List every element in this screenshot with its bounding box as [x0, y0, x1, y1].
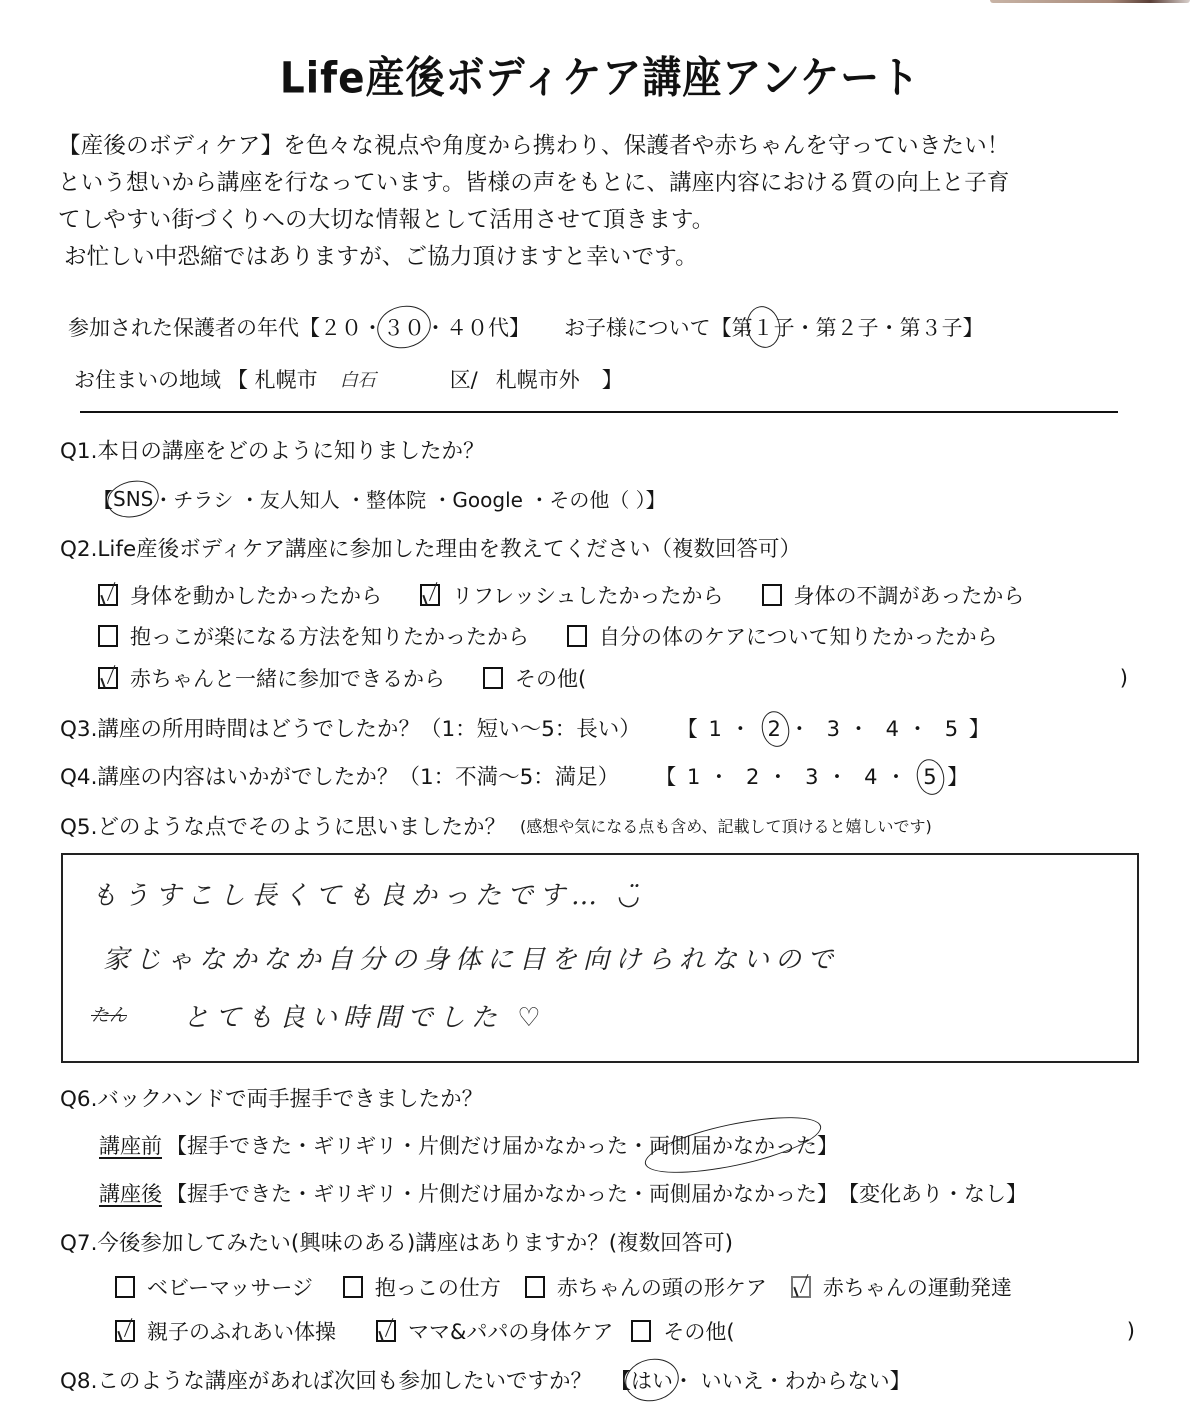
- q2-option-6-label: 赤ちゃんと一緒に参加できるから: [130, 663, 445, 693]
- q2-options-row-2: 抱っこが楽になる方法を知りたかったから 自分の体のケアについて知りたかったから: [98, 621, 1036, 651]
- sep: ・: [292, 1130, 313, 1160]
- q6-after-option-1[interactable]: 握手できた: [187, 1178, 292, 1208]
- q3-close: 】: [969, 717, 992, 741]
- q3-option-5[interactable]: 5: [945, 717, 960, 741]
- child-label: お子様について: [564, 312, 711, 342]
- q5-note: (感想や気になる点も含め、記載して頂けると嬉しいです): [520, 814, 932, 837]
- q4-row: Q4.講座の内容はいかがでしたか？（1：不満〜5：満足） 【 1・ 2・ 3・ …: [60, 760, 970, 791]
- q3-option-2-selected[interactable]: 2: [768, 717, 783, 741]
- q5-label: Q5.どのような点でそのように思いましたか？: [60, 810, 506, 841]
- sep: ・: [826, 765, 849, 789]
- q7-option-4-label: 赤ちゃんの運動発達: [823, 1272, 1012, 1302]
- q7-question: Q7.今後参加してみたい(興味のある)講座はありますか？(複数回答可): [60, 1226, 733, 1257]
- q2-options-row-1: 身体を動かしたかったから リフレッシュしたかったから 身体の不調があったから: [98, 580, 1062, 610]
- intro-line-1: 【産後のボディケア】を色々な視点や角度から携わり、保護者や赤ちゃんを守っていきた…: [58, 128, 1158, 165]
- checkbox-unchecked[interactable]: [762, 584, 782, 606]
- q6-before-row: 講座前 【 握手できた ・ ギリギリ ・ 片側だけ届かなかった ・ 両側届かなか…: [99, 1130, 838, 1160]
- q6-after-close: 】: [817, 1178, 838, 1208]
- q2-question: Q2.Life産後ボディケア講座に参加した理由を教えてください（複数回答可）: [60, 532, 801, 563]
- sep: ・: [628, 1178, 649, 1208]
- q3-option-1[interactable]: 1: [708, 717, 723, 741]
- q8-label: Q8.このような講座があれば次回も参加したいですか？: [60, 1364, 592, 1395]
- age-option-selected[interactable]: ３０: [383, 312, 425, 342]
- q2-option-1[interactable]: 身体を動かしたかったから: [98, 580, 382, 610]
- q7-option-3[interactable]: 赤ちゃんの頭の形ケア: [525, 1272, 767, 1302]
- q5-answer-line-1: もうすこし長くても良かったです… ◡̈: [91, 875, 646, 912]
- q3-label: Q3.講座の所用時間はどうでしたか？（1：短い〜5：長い）: [60, 712, 641, 743]
- sep: ・: [397, 1130, 418, 1160]
- q5-answer-box[interactable]: もうすこし長くても良かったです… ◡̈ 家じゃなかなか自分の身体に目を向けられな…: [61, 853, 1139, 1063]
- sep: ・: [292, 1178, 313, 1208]
- checkbox-unchecked[interactable]: [631, 1320, 651, 1342]
- q7-option-6-label: ママ&パパの身体ケア: [408, 1316, 613, 1346]
- checkbox-checked[interactable]: [98, 667, 118, 689]
- q2-option-6[interactable]: 赤ちゃんと一緒に参加できるから: [98, 663, 445, 693]
- q6-before-open: 【: [166, 1130, 187, 1160]
- q7-option-1[interactable]: ベビーマッサージ: [115, 1272, 313, 1302]
- q7-options-row-2: 親子のふれあい体操 ママ&パパの身体ケア その他( ): [115, 1316, 1135, 1346]
- q2-options-row-3: 赤ちゃんと一緒に参加できるから その他( ): [98, 663, 1128, 693]
- checkbox-unchecked[interactable]: [525, 1276, 545, 1298]
- q4-option-5-selected[interactable]: 5: [923, 765, 938, 789]
- q3-option-3[interactable]: 3: [827, 717, 842, 741]
- age-close: ・４０代】: [425, 312, 530, 342]
- q1-option-rest: ・チラシ ・友人知人 ・整体院 ・Google ・その他（ ）】: [153, 484, 665, 513]
- checkbox-checked[interactable]: [376, 1320, 396, 1342]
- q7-option-6[interactable]: ママ&パパの身体ケア: [376, 1316, 613, 1346]
- q4-option-1[interactable]: 1: [687, 765, 702, 789]
- sep: ・: [886, 765, 909, 789]
- child-rest: 子・第２子・第３子】: [774, 312, 984, 342]
- q1-question: Q1.本日の講座をどのように知りましたか？: [60, 434, 484, 465]
- q2-option-other[interactable]: その他(: [483, 663, 586, 693]
- q3-row: Q3.講座の所用時間はどうでしたか？（1：短い〜5：長い） 【 1・ 2・ 3・…: [60, 712, 992, 743]
- intro-line-2: という想いから講座を行なっています。皆様の声をもとに、講座内容における質の向上と…: [58, 165, 1158, 202]
- q6-before-option-1[interactable]: 握手できた: [187, 1130, 292, 1160]
- q8-option-yes-selected[interactable]: はい: [631, 1365, 673, 1395]
- q4-close: 】: [947, 765, 970, 789]
- age-label: 参加された保護者の年代: [68, 312, 299, 342]
- q8-row: Q8.このような講座があれば次回も参加したいですか？ 【 はい ・ いいえ・わか…: [60, 1364, 911, 1395]
- area-ward-handwritten[interactable]: 白石: [340, 366, 450, 392]
- q7-option-other-label: その他(: [663, 1316, 734, 1346]
- q3-open: 【: [677, 717, 700, 741]
- q3-option-4[interactable]: 4: [886, 717, 901, 741]
- q7-option-2[interactable]: 抱っこの仕方: [343, 1272, 501, 1302]
- q7-option-3-label: 赤ちゃんの頭の形ケア: [557, 1272, 767, 1302]
- checkbox-unchecked[interactable]: [343, 1276, 363, 1298]
- checkbox-checked[interactable]: [98, 584, 118, 606]
- sep: ・: [397, 1178, 418, 1208]
- intro-text: 【産後のボディケア】を色々な視点や角度から携わり、保護者や赤ちゃんを守っていきた…: [58, 128, 1158, 276]
- age-open: 【２０・: [299, 312, 383, 342]
- q7-option-2-label: 抱っこの仕方: [375, 1272, 501, 1302]
- q2-option-3-label: 身体の不調があったから: [794, 580, 1025, 610]
- profile-age-row: 参加された保護者の年代 【２０・ ３０ ・４０代】 お子様について 【第 １ 子…: [68, 312, 984, 342]
- checkbox-checked[interactable]: [420, 584, 440, 606]
- q2-option-1-label: 身体を動かしたかったから: [130, 580, 382, 610]
- q6-before-option-2[interactable]: ギリギリ: [313, 1130, 397, 1160]
- q4-label: Q4.講座の内容はいかがでしたか？（1：不満〜5：満足）: [60, 760, 619, 791]
- q5-answer-line-3: とても良い時間でした ♡: [183, 997, 547, 1034]
- q2-option-3[interactable]: 身体の不調があったから: [762, 580, 1025, 610]
- q4-scale: 【 1・ 2・ 3・ 4・ 5 】: [655, 761, 970, 791]
- q6-before-option-3[interactable]: 片側だけ届かなかった: [418, 1130, 628, 1160]
- q4-option-2[interactable]: 2: [746, 765, 761, 789]
- q6-after-open: 【: [166, 1178, 187, 1208]
- q5-answer-strikeout: たん: [91, 1001, 127, 1027]
- q7-label: Q7.今後参加してみたい(興味のある)講座はありますか？(複数回答可): [60, 1226, 733, 1257]
- intro-line-4: お忙しい中恐縮ではありますが、ご協力頂けますと幸いです。: [58, 239, 1158, 276]
- q6-before-label: 講座前: [99, 1130, 162, 1160]
- q5-row: Q5.どのような点でそのように思いましたか？ (感想や気になる点も含め、記載して…: [60, 810, 932, 841]
- q2-option-5[interactable]: 自分の体のケアについて知りたかったから: [567, 621, 998, 651]
- area-outside: 札幌市外: [496, 364, 580, 394]
- q6-before-close: 】: [817, 1130, 838, 1160]
- q4-open: 【: [655, 765, 678, 789]
- sep: ・: [708, 765, 731, 789]
- area-close: 】: [602, 364, 623, 394]
- sep: ・: [628, 1130, 649, 1160]
- photo-edge-strip: [990, 0, 1190, 3]
- sep: ・: [907, 717, 930, 741]
- q6-question: Q6.バックハンドで両手握手できましたか？: [60, 1082, 483, 1113]
- q7-other-close: ): [1127, 1319, 1135, 1343]
- sep: ・: [730, 717, 753, 741]
- checkbox-unchecked[interactable]: [115, 1276, 135, 1298]
- q4-option-3[interactable]: 3: [805, 765, 820, 789]
- q6-change-options[interactable]: 【変化あり・なし】: [838, 1178, 1027, 1208]
- checkbox-checked[interactable]: [791, 1276, 811, 1298]
- checkbox-unchecked[interactable]: [98, 625, 118, 647]
- q6-after-option-3[interactable]: 片側だけ届かなかった: [418, 1178, 628, 1208]
- q1-option-selected[interactable]: SNS: [113, 487, 153, 511]
- q2-option-4[interactable]: 抱っこが楽になる方法を知りたかったから: [98, 621, 529, 651]
- q6-before-option-4-selected[interactable]: 両側届かなかった: [649, 1130, 817, 1160]
- q6-after-option-2[interactable]: ギリギリ: [313, 1178, 397, 1208]
- checkbox-unchecked[interactable]: [483, 667, 503, 689]
- q1-label: Q1.本日の講座をどのように知りましたか？: [60, 434, 484, 465]
- section-divider: [80, 411, 1118, 413]
- sep: ・: [848, 717, 871, 741]
- q7-option-4[interactable]: 赤ちゃんの運動発達: [791, 1272, 1012, 1302]
- area-label: お住まいの地域: [74, 364, 221, 394]
- survey-title: Life産後ボディケア講座アンケート: [0, 44, 1200, 106]
- q2-option-2[interactable]: リフレッシュしたかったから: [420, 580, 724, 610]
- profile-area-row: お住まいの地域 【 札幌市 白石 区/ 札幌市外 】: [74, 364, 623, 394]
- q2-option-2-label: リフレッシュしたかったから: [452, 580, 724, 610]
- q2-label: Q2.Life産後ボディケア講座に参加した理由を教えてください（複数回答可）: [60, 532, 801, 563]
- q6-after-label: 講座後: [99, 1178, 162, 1208]
- q5-answer-line-2: 家じゃなかなか自分の身体に目を向けられないので: [103, 939, 839, 976]
- area-open: 【 札幌市: [227, 364, 318, 394]
- q6-label: Q6.バックハンドで両手握手できましたか？: [60, 1082, 483, 1113]
- q7-option-1-label: ベビーマッサージ: [147, 1272, 313, 1302]
- q3-scale: 【 1・ 2・ 3・ 4・ 5 】: [677, 713, 992, 743]
- sep: ・: [767, 765, 790, 789]
- intro-line-3: てしやすい街づくりへの大切な情報として活用させて頂きます。: [58, 202, 1158, 239]
- q7-options-row-1: ベビーマッサージ 抱っこの仕方 赤ちゃんの頭の形ケア 赤ちゃんの運動発達: [115, 1272, 1012, 1302]
- q7-option-5-label: 親子のふれあい体操: [147, 1316, 336, 1346]
- q7-option-other[interactable]: その他(: [631, 1316, 734, 1346]
- q2-other-close: ): [1120, 666, 1128, 690]
- child-option-selected[interactable]: １: [753, 312, 774, 342]
- q2-option-other-label: その他(: [515, 663, 586, 693]
- q1-options: 【 SNS ・チラシ ・友人知人 ・整体院 ・Google ・その他（ ）】: [93, 484, 666, 513]
- area-ward-suffix: 区/: [450, 364, 478, 394]
- checkbox-unchecked[interactable]: [567, 625, 587, 647]
- q8-option-rest: ・ いいえ・わからない】: [673, 1365, 911, 1395]
- q6-after-option-4[interactable]: 両側届かなかった: [649, 1178, 817, 1208]
- sep: ・: [789, 717, 812, 741]
- q2-option-4-label: 抱っこが楽になる方法を知りたかったから: [130, 621, 529, 651]
- q6-after-row: 講座後 【 握手できた ・ ギリギリ ・ 片側だけ届かなかった ・ 両側届かなか…: [99, 1178, 1027, 1208]
- q4-option-4[interactable]: 4: [864, 765, 879, 789]
- checkbox-checked[interactable]: [115, 1320, 135, 1342]
- q7-option-5[interactable]: 親子のふれあい体操: [115, 1316, 336, 1346]
- q2-option-5-label: 自分の体のケアについて知りたかったから: [599, 621, 998, 651]
